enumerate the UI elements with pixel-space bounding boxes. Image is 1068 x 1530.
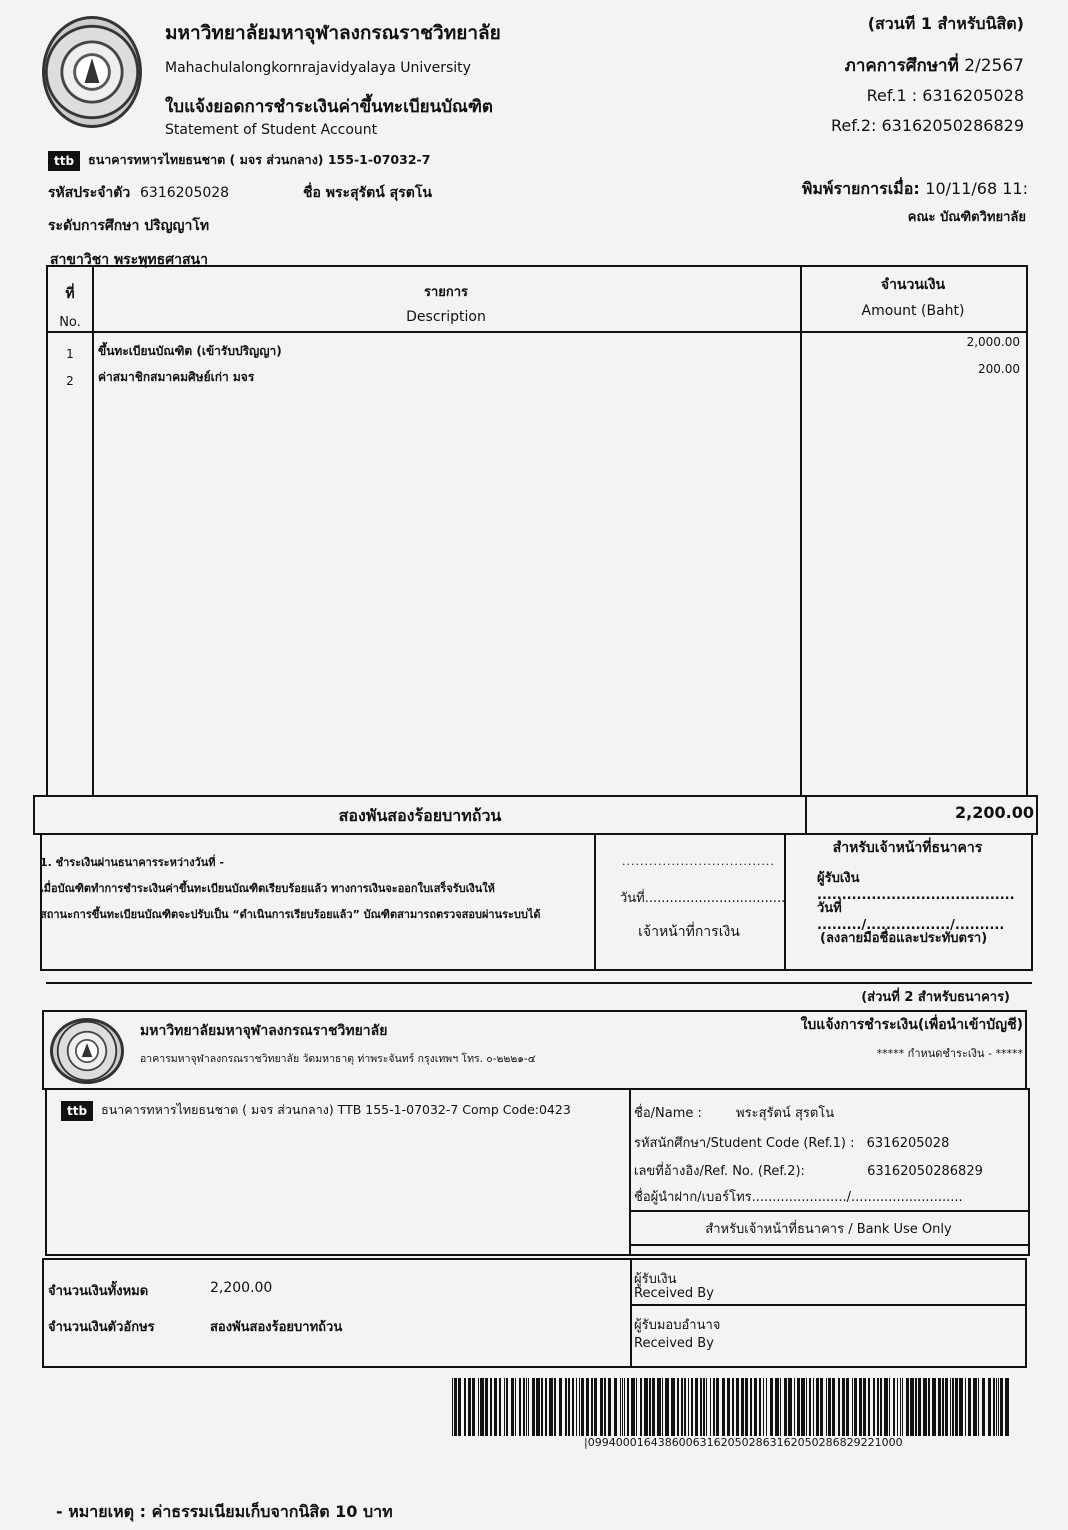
- part-label: (สวนที 1 สำหรับนิสิต): [868, 12, 1024, 37]
- barcode-number: |099400016438600631620502863162050286829…: [584, 1436, 903, 1449]
- payer-name-value: พระสุรัตน์ สุรตโน: [736, 1106, 834, 1121]
- part2-university-name: มหาวิทยาลัยมหาจุฬาลงกรณราชวิทยาลัย: [140, 1020, 387, 1042]
- payment-note-3: สถานะการขึ้นทะเบียนบัณฑิตจะปรับเป็น “ดำเ…: [40, 905, 541, 923]
- cut-line-divider: [46, 982, 1032, 984]
- payer-name: ชื่อ/Name : พระสุรัตน์ สุรตโน: [634, 1102, 834, 1123]
- col-no-en: No.: [48, 315, 92, 330]
- total-amount-value: 2,200.00: [210, 1280, 272, 1296]
- bank-sign-note: (ลงลายมือชื่อและประทับตรา): [820, 927, 987, 948]
- student-code: รหัสนักศึกษา/Student Code (Ref.1) : 6316…: [634, 1132, 949, 1153]
- document-title-en: Statement of Student Account: [165, 122, 377, 138]
- university-name-en: Mahachulalongkornrajavidyalaya Universit…: [165, 60, 471, 76]
- education-level: ระดับการศึกษา ปริญญาโท: [48, 215, 209, 237]
- ref1: Ref.1 : 6316205028: [867, 86, 1024, 105]
- total-in-words: สองพันสองร้อยบาทถ้วน: [35, 804, 805, 829]
- row-no: 1: [48, 347, 92, 361]
- part2-address: อาคารมหาจุฬาลงกรณราชวิทยาลัย วัดมหาธาตุ …: [140, 1050, 536, 1067]
- col-amount-en: Amount (Baht): [800, 303, 1026, 319]
- depositor-line: ชื่อผู้นำฝาก/เบอร์โทร...................…: [634, 1186, 963, 1207]
- bank-account-text: ธนาคารทหารไทยธนชาต ( มจร ส่วนกลาง) 155-1…: [88, 152, 430, 167]
- row-amount: 200.00: [978, 362, 1020, 376]
- student-id-value: 6316205028: [140, 185, 229, 201]
- finance-signature-line: ..................................: [622, 855, 775, 868]
- faculty-label: คณะ: [908, 210, 936, 225]
- student-code-label: รหัสนักศึกษา/Student Code (Ref.1) :: [634, 1136, 854, 1151]
- payment-slip-title: ใบแจ้งการชำระเงิน(เพื่อนำเข้าบัญชี): [801, 1014, 1023, 1036]
- student-id: รหัสประจำตัว 6316205028: [48, 182, 229, 204]
- semester-value: 2/2567: [964, 56, 1024, 76]
- row-description: ขึ้นทะเบียนบัณฑิต (เข้ารับปริญญา): [98, 342, 282, 361]
- row-no: 2: [48, 374, 92, 388]
- student-name-label: ชื่อ: [303, 185, 321, 201]
- semester-label: ภาคการศึกษาที่: [845, 56, 959, 76]
- payment-barcode: [452, 1378, 1012, 1436]
- education-level-value: ปริญญาโท: [144, 218, 209, 234]
- total-row: สองพันสองร้อยบาทถ้วน 2,200.00: [33, 795, 1038, 835]
- university-logo: [42, 16, 142, 128]
- total-amount-label: จำนวนเงินทั้งหมด: [48, 1280, 148, 1301]
- student-code-value: 6316205028: [867, 1136, 950, 1151]
- payment-note-1: 1. ชำระเงินผ่านธนาคารระหว่างวันที่ -: [40, 853, 224, 871]
- col-desc-en: Description: [92, 309, 800, 325]
- amount-words-value: สองพันสองร้อยบาทถ้วน: [210, 1316, 342, 1337]
- ttb-bank-logo-icon: ttb: [61, 1101, 93, 1121]
- payment-note-2: เมื่อบัณฑิตทำการชำระเงินค่าขึ้นทะเบียนบั…: [40, 879, 495, 897]
- remark-note: - หมายเหตุ : ค่าธรรมเนียมเก็บจากนิสิต 10…: [56, 1500, 393, 1525]
- finance-officer-label: เจ้าหน้าที่การเงิน: [594, 921, 784, 943]
- ttb-bank-logo-icon: ttb: [48, 151, 80, 171]
- col-no-th: ที่: [48, 283, 92, 305]
- part2-bank-info: ttbธนาคารทหารไทยธนชาต ( มจร ส่วนกลาง) TT…: [45, 1088, 1030, 1256]
- faculty: คณะ บัณฑิตวิทยาลัย: [908, 206, 1026, 227]
- row-amount: 2,000.00: [967, 335, 1020, 349]
- bank-officer-title: สำหรับเจ้าหน้าที่ธนาคาร: [784, 837, 1031, 859]
- col-amount-th: จำนวนเงิน: [800, 274, 1026, 296]
- bank-account-line: ttbธนาคารทหารไทยธนชาต ( มจร ส่วนกลาง) 15…: [48, 150, 430, 171]
- part2-bank-account: ttbธนาคารทหารไทยธนชาต ( มจร ส่วนกลาง) TT…: [61, 1100, 571, 1121]
- student-name-value: พระสุรัตน์ สุรตโน: [326, 185, 432, 201]
- received-by-en: Received By: [634, 1286, 714, 1301]
- total-amount: 2,200.00: [955, 803, 1034, 822]
- payment-due-line: ***** กำหนดชำระเงิน - *****: [877, 1044, 1023, 1062]
- authorized-by-th: ผู้รับมอบอำนาจ: [634, 1314, 720, 1335]
- part2-amount-section: จำนวนเงินทั้งหมด 2,200.00 จำนวนเงินตัวอั…: [42, 1258, 1027, 1368]
- reference-number: เลขที่อ้างอิง/Ref. No. (Ref.2): 63162050…: [634, 1160, 983, 1181]
- amount-words-label: จำนวนเงินตัวอักษร: [48, 1316, 155, 1337]
- printed-at: พิมพ์รายการเมื่อ: 10/11/68 11:: [802, 177, 1028, 202]
- notes-signature-section: 1. ชำระเงินผ่านธนาคารระหว่างวันที่ - เมื…: [40, 833, 1033, 971]
- student-name: ชื่อ พระสุรัตน์ สุรตโน: [303, 182, 432, 204]
- authorized-by-en: Received By: [634, 1336, 714, 1351]
- part2-bank-account-text: ธนาคารทหารไทยธนชาต ( มจร ส่วนกลาง) TTB 1…: [101, 1102, 571, 1117]
- student-id-label: รหัสประจำตัว: [48, 185, 130, 201]
- printed-at-value: 10/11/68 11:: [925, 179, 1028, 198]
- col-desc-th: รายการ: [92, 281, 800, 302]
- faculty-value: บัณฑิตวิทยาลัย: [940, 210, 1026, 225]
- semester: ภาคการศึกษาที่ 2/2567: [845, 52, 1024, 79]
- university-name-th: มหาวิทยาลัยมหาจุฬาลงกรณราชวิทยาลัย: [165, 18, 501, 48]
- reference-number-label: เลขที่อ้างอิง/Ref. No. (Ref.2):: [634, 1164, 805, 1179]
- university-logo-small: [50, 1018, 124, 1084]
- education-level-label: ระดับการศึกษา: [48, 218, 139, 234]
- printed-at-label: พิมพ์รายการเมื่อ:: [802, 179, 920, 198]
- bank-use-only-label: สำหรับเจ้าหน้าที่ธนาคาร / Bank Use Only: [629, 1218, 1028, 1239]
- row-description: ค่าสมาชิกสมาคมศิษย์เก่า มจร: [98, 368, 254, 387]
- reference-number-value: 63162050286829: [867, 1164, 983, 1179]
- payer-name-label: ชื่อ/Name :: [634, 1106, 702, 1121]
- finance-date-line: วันที่..................................: [620, 887, 785, 908]
- document-title-th: ใบแจ้งยอดการชำระเงินค่าขึ้นทะเบียนบัณฑิต: [165, 93, 493, 120]
- ref2: Ref.2: 63162050286829: [831, 116, 1024, 135]
- items-table: ที่ No. รายการ Description จำนวนเงิน Amo…: [46, 265, 1028, 797]
- part2-label: (ส่วนที่ 2 สำหรับธนาคาร): [861, 986, 1010, 1007]
- part2-header: มหาวิทยาลัยมหาจุฬาลงกรณราชวิทยาลัย อาคาร…: [42, 1010, 1027, 1090]
